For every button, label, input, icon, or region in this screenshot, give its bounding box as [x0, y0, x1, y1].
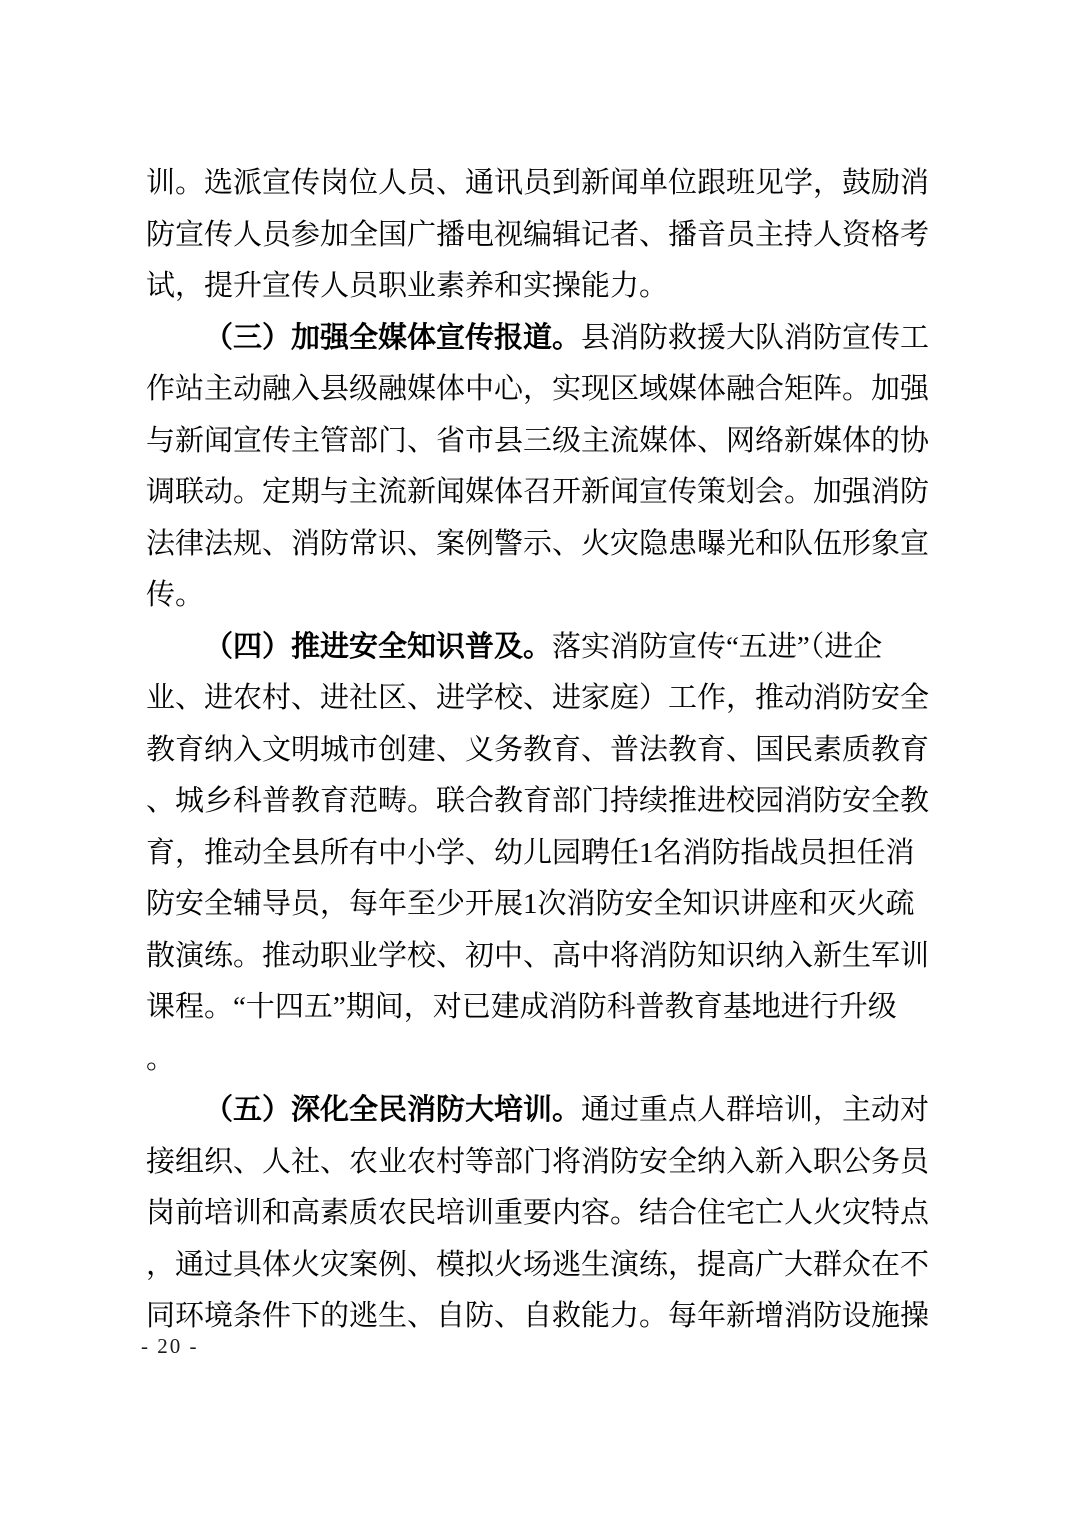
- text-line: 传。: [146, 570, 932, 622]
- text-segment: 、城乡科普教育范畴。联合教育部门持续推进校园消防安全教: [146, 785, 929, 817]
- text-line: 教育纳入文明城市创建、义务教育、普法教育、国民素质教育: [146, 725, 932, 777]
- text-line: 调联动。定期与主流新闻媒体召开新闻宣传策划会。加强消防: [146, 467, 932, 519]
- section-heading: （三）加强全媒体宣传报道。: [204, 322, 581, 354]
- text-line: 散演练。推动职业学校、初中、高中将消防知识纳入新生军训: [146, 931, 932, 983]
- text-line: 岗前培训和高素质农民培训重要内容。结合住宅亡人火灾特点: [146, 1188, 932, 1240]
- text-segment: 接组织、人社、农业农村等部门将消防安全纳入新入职公务员: [146, 1146, 929, 1178]
- text-segment: 教育纳入文明城市创建、义务教育、普法教育、国民素质教育: [146, 734, 929, 766]
- text-line: 作站主动融入县级融媒体中心，实现区域媒体融合矩阵。加强: [146, 364, 932, 416]
- text-line: 、城乡科普教育范畴。联合教育部门持续推进校园消防安全教: [146, 776, 932, 828]
- text-line: ，通过具体火灾案例、模拟火场逃生演练，提高广大群众在不: [146, 1240, 932, 1292]
- text-segment: 。: [146, 1043, 175, 1075]
- text-line: 训。选派宣传岗位人员、通讯员到新闻单位跟班见学，鼓励消: [146, 158, 932, 210]
- section-heading: （五）深化全民消防大培训。: [204, 1094, 581, 1126]
- text-segment: 业、进农村、进社区、进学校、进家庭）工作，推动消防安全: [146, 682, 929, 714]
- text-segment: 通过重点人群培训，主动对: [581, 1094, 929, 1126]
- text-segment: 训。选派宣传岗位人员、通讯员到新闻单位跟班见学，鼓励消: [146, 167, 929, 199]
- text-line: 。: [146, 1034, 932, 1086]
- text-segment: 试，提升宣传人员职业素养和实操能力。: [146, 270, 668, 302]
- text-segment: 防宣传人员参加全国广播电视编辑记者、播音员主持人资格考: [146, 219, 929, 251]
- page-number: - 20 -: [141, 1334, 199, 1359]
- text-line: 同环境条件下的逃生、自防、自救能力。每年新增消防设施操: [146, 1291, 932, 1343]
- text-segment: 调联动。定期与主流新闻媒体召开新闻宣传策划会。加强消防: [146, 476, 929, 508]
- text-segment: 岗前培训和高素质农民培训重要内容。结合住宅亡人火灾特点: [146, 1197, 929, 1229]
- text-segment: 作站主动融入县级融媒体中心，实现区域媒体融合矩阵。加强: [146, 373, 929, 405]
- text-segment: 落实消防宣传“五进”（进企: [552, 631, 882, 663]
- text-segment: 传。: [146, 579, 204, 611]
- text-segment: 法律法规、消防常识、案例警示、火灾隐患曝光和队伍形象宣: [146, 528, 929, 560]
- section-heading: （四）推进安全知识普及。: [204, 631, 552, 663]
- document-page: 训。选派宣传岗位人员、通讯员到新闻单位跟班见学，鼓励消防宣传人员参加全国广播电视…: [0, 0, 1074, 1520]
- text-line: 试，提升宣传人员职业素养和实操能力。: [146, 261, 932, 313]
- text-line: 课程。“十四五”期间，对已建成消防科普教育基地进行升级: [146, 982, 932, 1034]
- text-line: 防宣传人员参加全国广播电视编辑记者、播音员主持人资格考: [146, 210, 932, 262]
- text-segment: 散演练。推动职业学校、初中、高中将消防知识纳入新生军训: [146, 940, 929, 972]
- text-line: 育，推动全县所有中小学、幼儿园聘任1名消防指战员担任消: [146, 828, 932, 880]
- text-line: （五）深化全民消防大培训。通过重点人群培训，主动对: [146, 1085, 932, 1137]
- text-line: 与新闻宣传主管部门、省市县三级主流媒体、网络新媒体的协: [146, 416, 932, 468]
- text-segment: ，通过具体火灾案例、模拟火场逃生演练，提高广大群众在不: [146, 1249, 929, 1281]
- text-segment: 与新闻宣传主管部门、省市县三级主流媒体、网络新媒体的协: [146, 425, 929, 457]
- text-line: （三）加强全媒体宣传报道。县消防救援大队消防宣传工: [146, 313, 932, 365]
- text-segment: 育，推动全县所有中小学、幼儿园聘任1名消防指战员担任消: [146, 837, 915, 869]
- text-segment: 课程。“十四五”期间，对已建成消防科普教育基地进行升级: [146, 991, 897, 1023]
- text-line: 法律法规、消防常识、案例警示、火灾隐患曝光和队伍形象宣: [146, 519, 932, 571]
- text-line: （四）推进安全知识普及。落实消防宣传“五进”（进企: [146, 622, 932, 674]
- text-segment: 防安全辅导员，每年至少开展1次消防安全知识讲座和灭火疏: [146, 888, 915, 920]
- text-segment: 同环境条件下的逃生、自防、自救能力。每年新增消防设施操: [146, 1300, 929, 1332]
- text-line: 接组织、人社、农业农村等部门将消防安全纳入新入职公务员: [146, 1137, 932, 1189]
- text-segment: 县消防救援大队消防宣传工: [581, 322, 929, 354]
- text-line: 业、进农村、进社区、进学校、进家庭）工作，推动消防安全: [146, 673, 932, 725]
- document-body: 训。选派宣传岗位人员、通讯员到新闻单位跟班见学，鼓励消防宣传人员参加全国广播电视…: [146, 158, 932, 1343]
- text-line: 防安全辅导员，每年至少开展1次消防安全知识讲座和灭火疏: [146, 879, 932, 931]
